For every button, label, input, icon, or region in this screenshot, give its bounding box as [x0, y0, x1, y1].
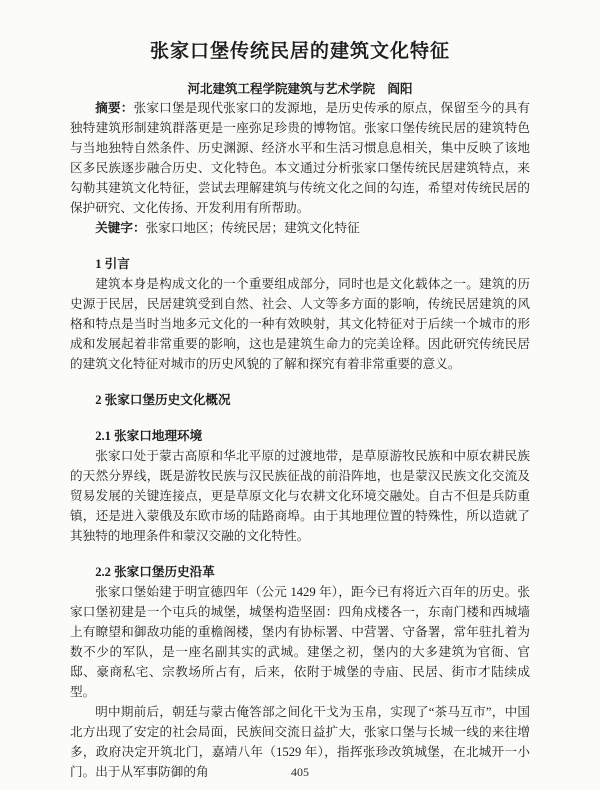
author-affiliation: 河北建筑工程学院建筑与艺术学院 阎阳 — [70, 80, 530, 98]
section-heading: 2.2 张家口堡历史沿革 — [70, 562, 530, 582]
paragraph: 张家口堡始建于明宣德四年（公元 1429 年），距今已有将近六百年的历史。张家口… — [70, 582, 530, 702]
abstract-label: 摘要： — [95, 101, 133, 115]
abstract: 摘要：张家口堡是现代张家口的发源地，是历史传承的原点，保留至今的具有独特建筑形制… — [70, 98, 530, 218]
keywords-text: 张家口地区；传统民居；建筑文化特征 — [146, 221, 360, 235]
section-geography: 2.1 张家口地理环境 张家口处于蒙古高原和华北平原的过渡地带，是草原游牧民族和… — [70, 426, 530, 546]
document-page: 张家口堡传统民居的建筑文化特征 河北建筑工程学院建筑与艺术学院 阎阳 摘要：张家… — [0, 0, 600, 790]
keywords: 关键字：张家口地区；传统民居；建筑文化特征 — [70, 218, 530, 238]
paper-title: 张家口堡传统民居的建筑文化特征 — [70, 38, 530, 66]
page-number: 405 — [0, 765, 600, 780]
section-heading: 1 引言 — [70, 254, 530, 274]
section-history-overview: 2 张家口堡历史文化概况 — [70, 390, 530, 410]
paragraph: 建筑本身是构成文化的一个重要组成部分，同时也是文化载体之一。建筑的历史源于民居，… — [70, 274, 530, 374]
section-heading: 2.1 张家口地理环境 — [70, 426, 530, 446]
section-historical-evolution: 2.2 张家口堡历史沿革 张家口堡始建于明宣德四年（公元 1429 年），距今已… — [70, 562, 530, 782]
section-heading: 2 张家口堡历史文化概况 — [70, 390, 530, 410]
abstract-text: 张家口堡是现代张家口的发源地，是历史传承的原点，保留至今的具有独特建筑形制建筑群… — [70, 101, 530, 215]
keywords-label: 关键字： — [95, 221, 145, 235]
section-introduction: 1 引言 建筑本身是构成文化的一个重要组成部分，同时也是文化载体之一。建筑的历史… — [70, 254, 530, 374]
paragraph: 张家口处于蒙古高原和华北平原的过渡地带，是草原游牧民族和中原农耕民族的天然分界线… — [70, 446, 530, 546]
